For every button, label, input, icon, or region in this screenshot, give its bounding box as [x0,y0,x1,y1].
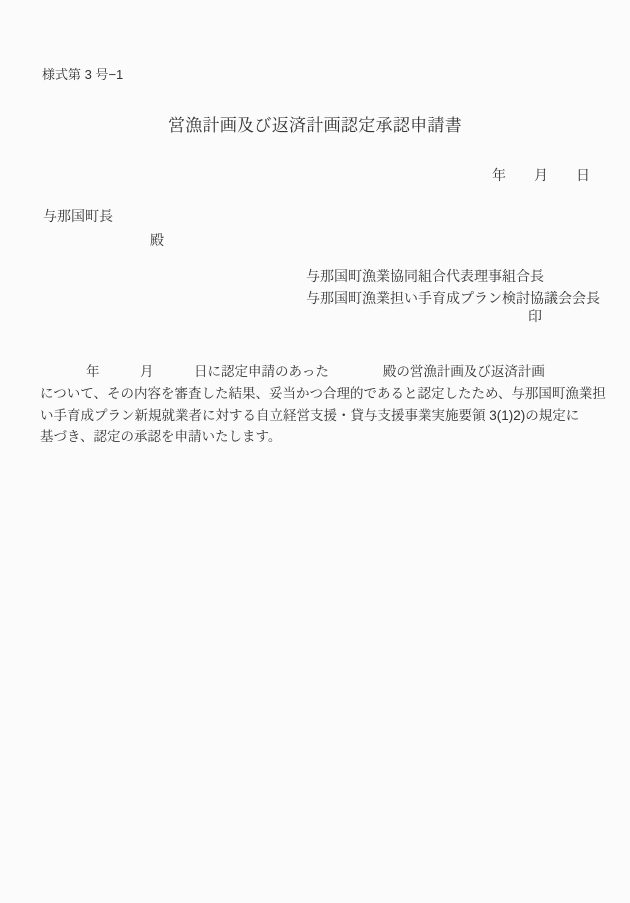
date-line: 年 月 日 [492,165,590,185]
addressee-name: 与那国町長 [43,206,113,226]
body-line-4: 基づき、認定の承認を申請いたします。 [40,426,600,448]
seal-mark: 印 [528,306,542,326]
signatory-line-1: 与那国町漁業協同組合代表理事組合長 [306,266,544,286]
body-paragraph: 年 月 日に認定申請のあった 殿の営漁計画及び返済計画 について、その内容を審査… [40,361,600,448]
body-line-1: 年 月 日に認定申請のあった 殿の営漁計画及び返済計画 [40,361,600,383]
document-title: 営漁計画及び返済計画認定承認申請書 [0,111,630,136]
signatory-line-2: 与那国町漁業担い手育成プラン検討協議会会長 [306,288,600,308]
body-line-3: い手育成プラン新規就業者に対する自立経営支援・貸与支援事業実施要領 3(1)2)… [40,405,600,427]
addressee-honorific: 殿 [150,230,164,250]
document-page: 様式第 3 号−1 営漁計画及び返済計画認定承認申請書 年 月 日 与那国町長 … [0,0,630,903]
form-number: 様式第 3 号−1 [42,64,123,83]
body-line-2: について、その内容を審査した結果、妥当かつ合理的であると認定したため、与那国町漁… [40,383,600,405]
